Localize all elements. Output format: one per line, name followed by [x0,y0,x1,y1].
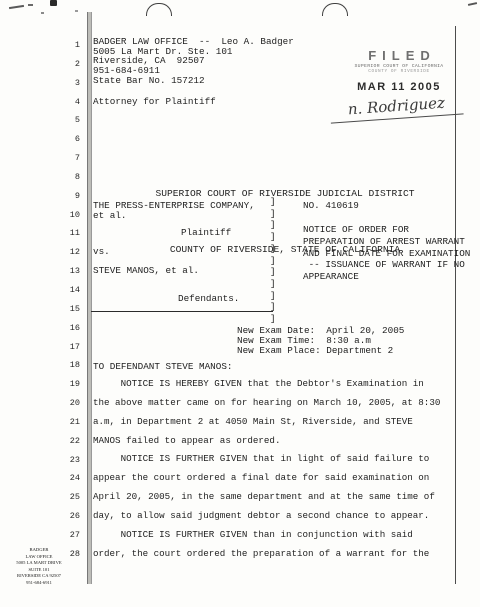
case-number: NO. 410619 [303,200,359,211]
punch-hole-arc [146,3,172,16]
caption-bracket: ] [270,266,276,278]
firm-footer-block: BADGERLAW OFFICE5005 LA MART DRIVESUITE … [8,547,70,587]
line-number: 8 [0,168,80,187]
caption-bracket: ] [270,301,276,313]
attorney-address-block: BADGER LAW OFFICE -- Leo A. Badger5005 L… [93,37,294,86]
notice-body-line: appear the court ordered a final date fo… [93,469,440,488]
firm-footer-line: 951-684-6911 [8,580,70,587]
notice-body-line: April 20, 2005, in the same department a… [93,488,440,507]
caption-box-rule [91,311,273,312]
notice-body-line: a.m, in Department 2 at 4050 Main St, Ri… [93,413,440,432]
line-number: 10 [0,206,80,225]
line-number: 2 [0,55,80,74]
line-number: 4 [0,93,80,112]
line-number: 18 [0,356,80,375]
filed-stamp: FILED SUPERIOR COURT OF CALIFORNIA COUNT… [333,48,465,93]
filed-stamp-word: FILED [333,48,465,63]
line-number: 26 [0,507,80,526]
filed-stamp-county-line: COUNTY OF RIVERSIDE [333,69,465,74]
exam-info-line: New Exam Place: Department 2 [237,346,404,356]
caption-bracket: ] [270,290,276,302]
attorney-role-line: Attorney for Plaintiff [93,96,216,107]
line-number: 21 [0,413,80,432]
line-number: 5 [0,111,80,130]
line-number: 7 [0,149,80,168]
line-number: 27 [0,526,80,545]
defendants-label: Defendants. [178,293,239,304]
filed-stamp-date: MAR 11 2005 [333,81,465,93]
scanned-pleading-page: 1234567891011121314151617181920212223242… [0,0,480,607]
punch-hole-arc [322,3,348,16]
caption-bracket: ] [270,313,276,325]
line-number: 25 [0,488,80,507]
notice-body-text: NOTICE IS HEREBY GIVEN that the Debtor's… [93,375,440,563]
line-number: 17 [0,338,80,357]
caption-bracket: ] [270,255,276,267]
caption-bracket: ] [270,231,276,243]
left-margin-rule [87,12,92,584]
document-title-line: APPEARANCE [303,271,470,283]
line-number: 24 [0,469,80,488]
pen-mark [468,2,477,6]
line-number: 20 [0,394,80,413]
defendant-name: STEVE MANOS, et al. [93,265,199,276]
pen-mark [75,10,78,12]
line-number: 14 [0,281,80,300]
notice-body-line: NOTICE IS FURTHER GIVEN than in conjunct… [93,526,440,545]
firm-footer-line: RIVERSIDE CA 92507 [8,573,70,580]
line-number: 11 [0,224,80,243]
caption-bracket-column: ]]]]]]]]]]] [270,196,276,325]
document-title-line: NOTICE OF ORDER FOR [303,224,470,236]
caption-bracket: ] [270,196,276,208]
caption-bracket: ] [270,219,276,231]
caption-bracket: ] [270,278,276,290]
document-title-line: PREPARATION OF ARREST WARRANT [303,236,470,248]
firm-footer-line: BADGER [8,547,70,554]
line-number: 19 [0,375,80,394]
notice-body-line: order, the court ordered the preparation… [93,545,440,564]
line-number: 12 [0,243,80,262]
firm-footer-line: LAW OFFICE [8,554,70,561]
caption-bracket: ] [270,208,276,220]
plaintiff-etal: et al. [93,210,126,221]
exam-info-block: New Exam Date: April 20, 2005New Exam Ti… [237,326,404,356]
notice-body-line: day, to allow said judgment debtor a sec… [93,507,440,526]
ink-blot [50,0,57,6]
document-title: NOTICE OF ORDER FORPREPARATION OF ARREST… [303,224,470,283]
document-title-line: AND FINAL DATE FOR EXAMINATION [303,248,470,260]
salutation-line: TO DEFENDANT STEVE MANOS: [93,361,232,372]
line-number: 9 [0,187,80,206]
firm-footer-line: 5005 LA MART DRIVE [8,560,70,567]
line-number: 13 [0,262,80,281]
line-number: 6 [0,130,80,149]
plaintiff-label: Plaintiff [181,227,231,238]
document-title-line: -- ISSUANCE OF WARRANT IF NO [303,259,470,271]
line-number: 1 [0,36,80,55]
caption-bracket: ] [270,243,276,255]
firm-footer-line: SUITE 101 [8,567,70,574]
notice-body-line: the above matter came on for hearing on … [93,394,440,413]
pen-mark [41,12,44,14]
clerk-signature: n. Rodriguez [329,92,463,123]
versus-label: vs. [93,246,110,257]
line-number: 16 [0,319,80,338]
pen-mark [28,4,33,6]
pen-mark [9,5,24,9]
line-number: 22 [0,432,80,451]
line-number-column: 1234567891011121314151617181920212223242… [0,36,80,564]
line-number: 3 [0,74,80,93]
notice-body-line: NOTICE IS HEREBY GIVEN that the Debtor's… [93,375,440,394]
line-number: 23 [0,451,80,470]
attorney-address-line: State Bar No. 157212 [93,76,294,86]
notice-body-line: MANOS failed to appear as ordered. [93,432,440,451]
notice-body-line: NOTICE IS FURTHER GIVEN that in light of… [93,450,440,469]
line-number: 15 [0,300,80,319]
